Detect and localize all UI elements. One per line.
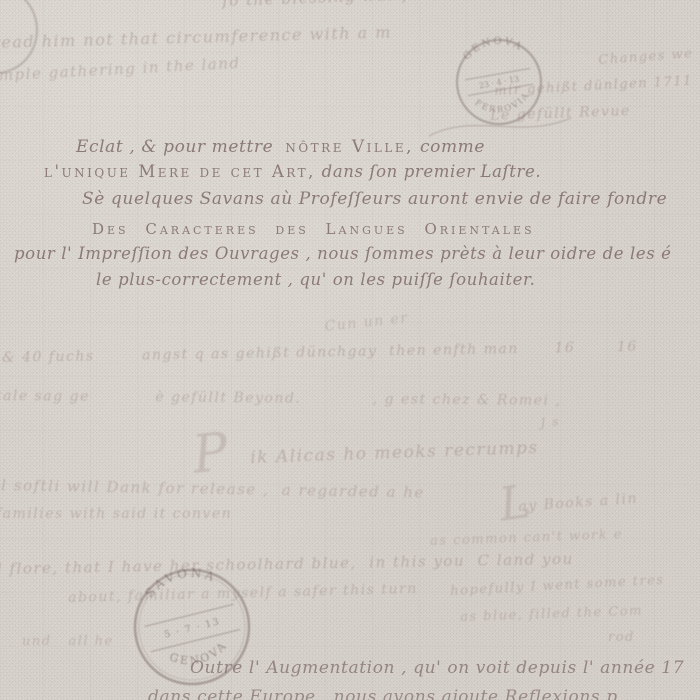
printed-segment: l'unique Mere de cet Art, — [44, 162, 316, 181]
faded-script-line: read him not that circumference with a m — [0, 24, 392, 52]
faded-script-line: as blue, filled the Com — [460, 605, 643, 626]
printed-segment: Eclat , & pour mettre — [76, 137, 285, 157]
faded-script-line: und all he — [22, 635, 114, 649]
printed-line: pour l' Impreſſion des Ouvrages , nous ſ… — [14, 245, 671, 264]
printed-segment: comme — [414, 137, 485, 157]
printed-line: Sè quelques Savans aù Profeſſeurs auront… — [82, 190, 667, 210]
faded-script-line: ay Books a lin — [518, 492, 639, 516]
postmark-arc-text: GENOVA — [165, 637, 233, 674]
faded-script-line: J s — [540, 415, 560, 430]
faded-script-line: tale sag ge è gefüllt Beyond. , g est ch… — [0, 389, 561, 409]
printed-line: l'unique Mere de cet Art, dans ſon premi… — [44, 163, 541, 182]
printed-segment: dans cette Europe , nous avons ajoute Re… — [148, 687, 618, 700]
faded-script-line: ik Alicas ho meoks recrumps — [250, 439, 539, 468]
postmark-top-right: GENOVA FERROVIA 23 · 4 · 13 — [441, 24, 557, 140]
postmark-arc-text: GENOVA — [459, 31, 527, 64]
faded-script-line: d flore, that I have her schoolhard blue… — [0, 551, 574, 578]
faded-script-line: Changes we — [598, 47, 694, 68]
faded-script-line: Il softli will Dank for release , a rega… — [0, 477, 425, 501]
linen-fabric-background: fo the blessing was familiar, a quiet su… — [0, 0, 700, 700]
printed-line: Des Caracteres des Langues Orientales — [92, 221, 535, 238]
printed-segment: Sè quelques Savans aù Profeſſeurs auront… — [82, 189, 667, 209]
faded-script-line: rod — [608, 631, 635, 645]
faded-script-line: families with said it conven — [0, 507, 232, 522]
printed-segment: le plus-correctement , qu' on les puiſſe… — [96, 270, 536, 289]
faded-script-line: as common can't work e — [430, 528, 623, 549]
printed-segment: Des Caracteres des Langues Orientales — [92, 220, 535, 238]
faded-script-line: hopefully I went some tres — [450, 574, 665, 600]
script-flourish-capital: P — [190, 424, 231, 485]
printed-segment: nôtre Ville, — [285, 137, 414, 157]
printed-segment: pour l' Impreſſion des Ouvrages , nous ſ… — [14, 244, 671, 263]
faded-script-line: & 40 fuchs angst q as gehißt dünchgay th… — [2, 340, 638, 366]
faded-script-line: ample gathering in the land — [0, 55, 241, 85]
printed-segment: dans ſon premier Laſtre. — [316, 162, 541, 181]
printed-line: Eclat , & pour mettre nôtre Ville, comme — [76, 138, 485, 158]
printed-line: le plus-correctement , qu' on les puiſſe… — [96, 271, 536, 290]
printed-line: dans cette Europe , nous avons ajoute Re… — [148, 688, 618, 700]
faded-script-line: fo the blessing was familiar, a quiet su… — [222, 0, 657, 9]
faded-script-line: Cun un er — [324, 311, 409, 335]
